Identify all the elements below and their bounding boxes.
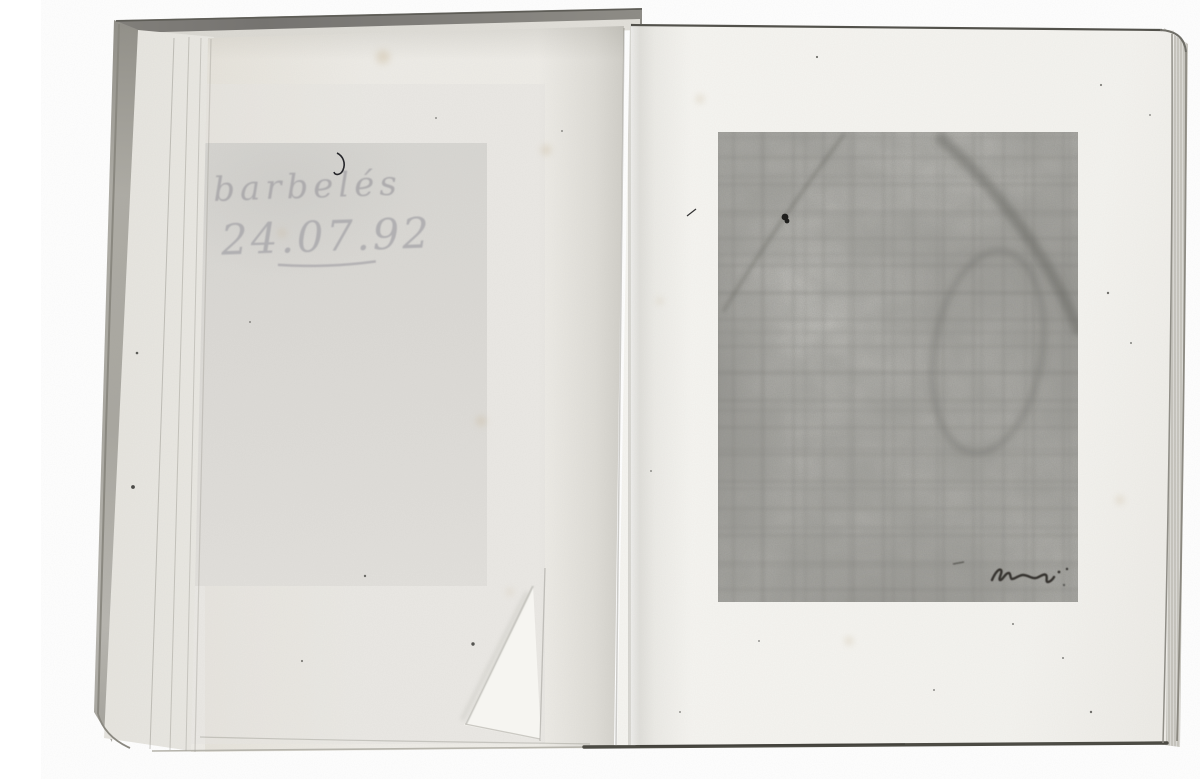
frottage-drawing [718,132,1078,602]
left-page-gutter-shadow [538,24,626,750]
open-sketchbook-photo: barbelés 24.07.92 [0,0,1200,779]
right-page-gutter-highlight [631,24,640,748]
artwork-under-tissue [193,143,487,586]
